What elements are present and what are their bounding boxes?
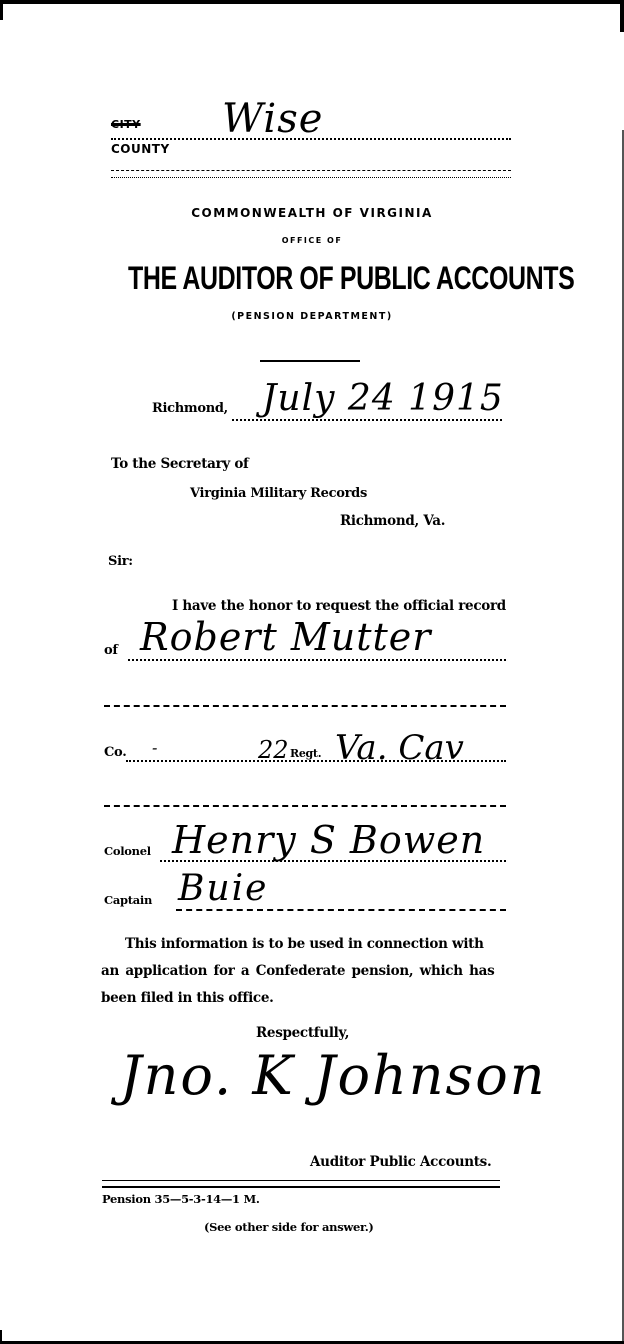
- regiment-number-handwritten: 22: [258, 736, 289, 764]
- soldier-name-extra-line: [104, 705, 506, 707]
- regiment-value-handwritten: Va. Cav: [335, 728, 464, 768]
- salutation: Sir:: [108, 554, 133, 569]
- request-text: I have the honor to request the official…: [172, 598, 506, 614]
- form-number: Pension 35—5-3-14—1 M.: [102, 1192, 260, 1206]
- county-value-handwritten: Wise: [222, 96, 323, 142]
- main-title: THE AUDITOR OF PUBLIC ACCOUNTS: [128, 260, 502, 297]
- main-title-wrap: THE AUDITOR OF PUBLIC ACCOUNTS: [128, 260, 608, 300]
- date-underline: [232, 419, 502, 421]
- soldier-name-underline: [128, 659, 506, 661]
- company-value: -: [152, 738, 157, 757]
- city-label-struck: CITY: [111, 118, 141, 131]
- date-value-handwritten: July 24 1915: [262, 378, 504, 419]
- regiment-label: Regt.: [290, 747, 321, 760]
- closing-line-3: been filed in this office.: [101, 990, 274, 1006]
- colonel-value-handwritten: Henry S Bowen: [172, 818, 485, 862]
- regiment-extra-line: [104, 805, 506, 807]
- signer-title: Auditor Public Accounts.: [310, 1154, 491, 1170]
- closing-line-2: an application for a Confederate pension…: [101, 963, 494, 979]
- captain-value-handwritten: Buie: [178, 868, 268, 909]
- addressee-line-2: Virginia Military Records: [190, 486, 367, 501]
- county-label: COUNTY: [111, 142, 170, 156]
- title-rule: [260, 360, 360, 362]
- captain-underline: [176, 909, 506, 911]
- separator-line-1: [111, 170, 511, 171]
- place-label: Richmond,: [152, 401, 228, 416]
- scan-edge-left: [0, 0, 3, 20]
- see-other-side-note: (See other side for answer.): [204, 1220, 374, 1234]
- footer-rule-2: [102, 1186, 500, 1188]
- signer-signature-handwritten: Jno. K Johnson: [120, 1044, 547, 1107]
- closing-line-1: This information is to be used in connec…: [125, 936, 484, 952]
- scan-edge-top: [0, 0, 624, 4]
- captain-label: Captain: [104, 893, 152, 907]
- soldier-name-handwritten: Robert Mutter: [140, 615, 431, 659]
- scan-edge-top-right: [620, 0, 624, 32]
- addressee-line-3: Richmond, Va.: [340, 513, 445, 529]
- department-label: (PENSION DEPARTMENT): [0, 311, 624, 322]
- separator-line-2: [111, 177, 511, 178]
- scan-edge-bottom-left: [0, 1330, 2, 1344]
- colonel-label: Colonel: [104, 844, 151, 858]
- respectfully-label: Respectfully,: [256, 1025, 349, 1041]
- addressee-line-1: To the Secretary of: [111, 456, 249, 472]
- commonwealth-heading: COMMONWEALTH OF VIRGINIA: [0, 206, 624, 220]
- of-label: of: [104, 643, 118, 658]
- footer-rule-1: [102, 1180, 500, 1181]
- company-label: Co.: [104, 745, 126, 760]
- office-of-label: OFFICE OF: [0, 236, 624, 245]
